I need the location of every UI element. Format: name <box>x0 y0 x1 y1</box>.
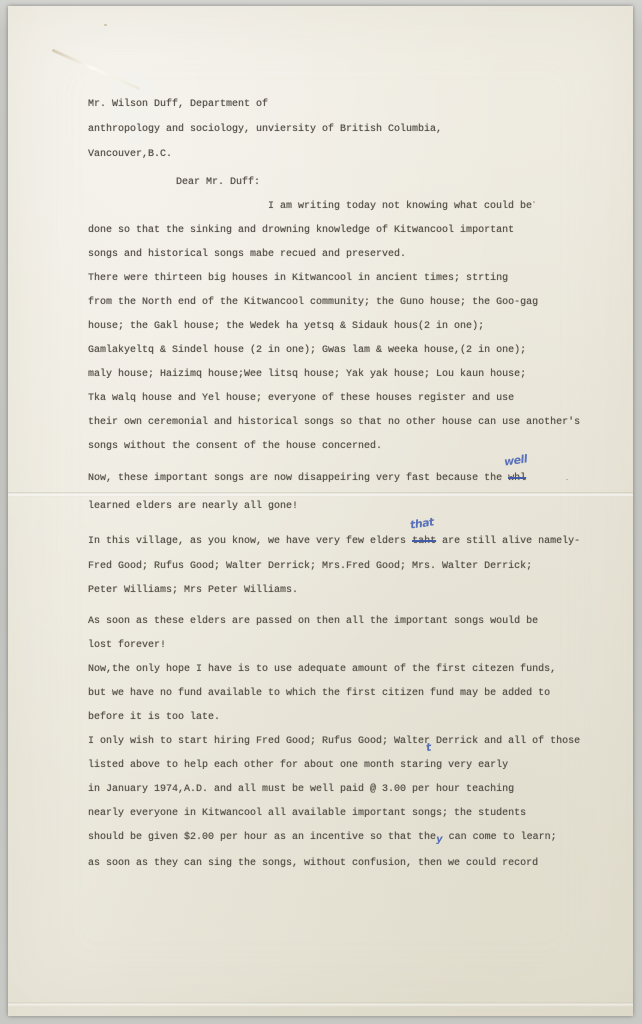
typed-text: Vancouver,B.C. <box>88 149 172 160</box>
typed-text: As soon as these elders are passed on th… <box>88 616 538 627</box>
typed-text: Dear Mr. Duff: <box>176 177 260 188</box>
typed-text: before it is too late. <box>88 712 220 723</box>
letter-line: as soon as they can sing the songs, with… <box>88 852 628 876</box>
struck-text: tahtthat <box>412 530 436 554</box>
letter-line: Vancouver,B.C. <box>88 143 628 167</box>
handwritten-insert: y <box>436 834 443 845</box>
letter-line: house; the Gakl house; the Wedek ha yets… <box>88 315 628 339</box>
typed-text: songs without the consent of the house c… <box>88 441 382 452</box>
typed-text: Peter Williams; Mrs Peter Williams. <box>88 585 298 596</box>
typed-text: Mr. Wilson Duff, Department of <box>88 99 268 110</box>
letter-line: Tka walq house and Yel house; everyone o… <box>88 387 628 411</box>
letter-line: I only wish to start hiring Fred Good; R… <box>88 730 628 754</box>
letter-line: nearly everyone in Kitwancool all availa… <box>88 802 628 826</box>
letter-line: anthropology and sociology, unviersity o… <box>88 118 628 142</box>
letter-line: Now, these important songs are now disap… <box>88 467 628 491</box>
handwritten-note: that <box>409 516 434 530</box>
typed-text: are still alive namely- <box>436 536 580 547</box>
typed-text: anthropology and sociology, unviersity o… <box>88 124 442 135</box>
typed-text: Now, these important songs are now disap… <box>88 473 508 484</box>
typed-text: lost forever! <box>88 640 166 651</box>
typed-text: Now,the only hope I have is to use adequ… <box>88 664 556 675</box>
letter-line: Fred Good; Rufus Good; Walter Derrick; M… <box>88 555 628 579</box>
typed-text: their own ceremonial and historical song… <box>88 417 580 428</box>
letter-line: As soon as these elders are passed on th… <box>88 610 628 634</box>
letter-line: listed above to help each other for abou… <box>88 754 628 778</box>
typed-text: Fred Good; Rufus Good; Walter Derrick; M… <box>88 561 532 572</box>
paper-speck <box>104 24 107 26</box>
typed-text: but we have no fund available to which t… <box>88 688 550 699</box>
letter-line: songs and historical songs mabe recued a… <box>88 243 628 267</box>
typed-text: I am writing today not knowing what coul… <box>268 201 532 212</box>
letter-line: in January 1974,A.D. and all must be wel… <box>88 778 628 802</box>
typed-text: Tka walq house and Yel house; everyone o… <box>88 393 514 404</box>
typed-text: should be given $2.00 per hour as an inc… <box>88 832 436 843</box>
letter-line: Mr. Wilson Duff, Department of <box>88 93 628 117</box>
letter-line: Gamlakyeltq & Sindel house (2 in one); G… <box>88 339 628 363</box>
letter-line: I am writing today not knowing what coul… <box>88 195 628 219</box>
typed-text: listed above to help each other for abou… <box>88 760 400 771</box>
letter-line: lost forever! <box>88 634 628 658</box>
handwritten-note: well <box>503 453 527 467</box>
typed-text: In this village, as you know, we have ve… <box>88 536 412 547</box>
typed-text: house; the Gakl house; the Wedek ha yets… <box>88 321 484 332</box>
letter-line: maly house; Haizimq house;Wee litsq hous… <box>88 363 628 387</box>
letter-line: Peter Williams; Mrs Peter Williams. <box>88 579 628 603</box>
letter-line: but we have no fund available to which t… <box>88 682 628 706</box>
letter-line: songs without the consent of the house c… <box>88 435 628 459</box>
letter-line: their own ceremonial and historical song… <box>88 411 628 435</box>
typed-text: staringt <box>400 754 442 778</box>
typed-text: in January 1974,A.D. and all must be wel… <box>88 784 514 795</box>
typed-text: done so that the sinking and drowning kn… <box>88 225 514 236</box>
typed-text: nearly everyone in Kitwancool all availa… <box>88 808 526 819</box>
letter-line: learned elders are nearly all gone! <box>88 495 628 519</box>
letter-line: before it is too late. <box>88 706 628 730</box>
letter-line: done so that the sinking and drowning kn… <box>88 219 628 243</box>
letter-line: from the North end of the Kitwancool com… <box>88 291 628 315</box>
typed-text: from the North end of the Kitwancool com… <box>88 297 538 308</box>
typed-text: songs and historical songs mabe recued a… <box>88 249 406 260</box>
letter-line: There were thirteen big houses in Kitwan… <box>88 267 628 291</box>
typed-text: maly house; Haizimq house;Wee litsq hous… <box>88 369 526 380</box>
typed-text: as soon as they can sing the songs, with… <box>88 858 538 869</box>
typed-text: learned elders are nearly all gone! <box>88 501 298 512</box>
typed-text: There were thirteen big houses in Kitwan… <box>88 273 508 284</box>
typed-text: very early <box>442 760 508 771</box>
typed-text: can come to learn; <box>443 832 557 843</box>
letter-line: Dear Mr. Duff: <box>88 171 628 195</box>
struck-text: whlwell <box>508 467 526 491</box>
letter-text: Mr. Wilson Duff, Department ofanthropolo… <box>88 93 628 876</box>
letter-line: Now,the only hope I have is to use adequ… <box>88 658 628 682</box>
letter-line: In this village, as you know, we have ve… <box>88 530 628 554</box>
scan-background: { "scan": { "background_color": "#c6c7c3… <box>0 0 642 1024</box>
typed-text: Gamlakyeltq & Sindel house (2 in one); G… <box>88 345 526 356</box>
letter-line: should be given $2.00 per hour as an inc… <box>88 826 628 852</box>
typed-text: I only wish to start hiring Fred Good; R… <box>88 736 580 747</box>
corner-crease <box>52 49 141 91</box>
